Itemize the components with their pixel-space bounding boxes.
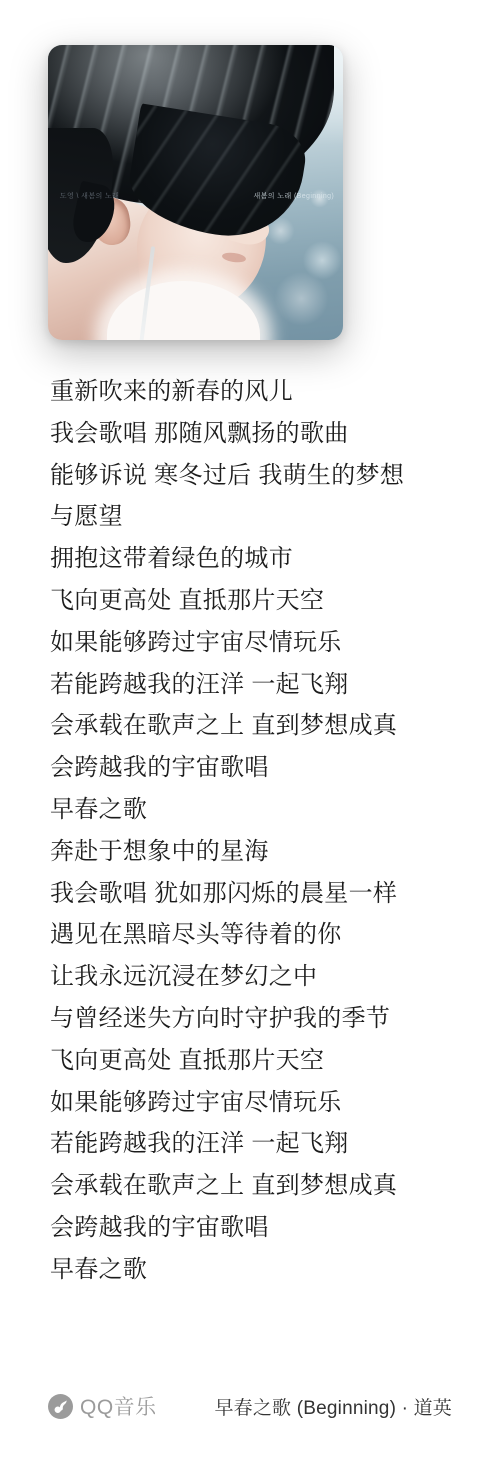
qq-music-brand: QQ音乐: [48, 1391, 157, 1421]
lyric-line: 如果能够跨过宇宙尽情玩乐: [50, 1082, 470, 1124]
lyric-line: 早春之歌: [50, 1249, 470, 1291]
lyric-line: 让我永远沉浸在梦幻之中: [50, 956, 470, 998]
lyric-line: 若能跨越我的汪洋 一起飞翔: [50, 664, 470, 706]
lyric-line: 遇见在黑暗尽头等待着的你: [50, 914, 470, 956]
lyric-line: 与曾经迷失方向时守护我的季节: [50, 998, 470, 1040]
album-overlay-text-left: 도영 \ 새봄의 노래: [60, 193, 120, 201]
lyric-line: 奔赴于想象中的星海: [50, 831, 470, 873]
lyric-line: 如果能够跨过宇宙尽情玩乐: [50, 622, 470, 664]
qq-music-note-icon: [48, 1394, 73, 1419]
lyrics-list: 重新吹来的新春的风儿我会歌唱 那随风飘扬的歌曲能够诉说 寒冬过后 我萌生的梦想与…: [50, 371, 470, 1291]
lyric-line: 若能跨越我的汪洋 一起飞翔: [50, 1123, 470, 1165]
lyric-line: 拥抱这带着绿色的城市: [50, 538, 470, 580]
lyric-line: 会跨越我的宇宙歌唱: [50, 747, 470, 789]
lyric-line: 重新吹来的新春的风儿: [50, 371, 470, 413]
footer: QQ音乐 早春之歌 (Beginning) · 道英: [48, 1391, 452, 1421]
album-cover: 도영 \ 새봄의 노래 새봄의 노래 (Beginning): [48, 45, 343, 340]
lyric-line: 我会歌唱 犹如那闪烁的晨星一样: [50, 873, 470, 915]
brand-name-label: QQ音乐: [80, 1391, 157, 1421]
lyric-line: 能够诉说 寒冬过后 我萌生的梦想: [50, 455, 470, 497]
lyric-line: 会跨越我的宇宙歌唱: [50, 1207, 470, 1249]
lyric-line: 早春之歌: [50, 789, 470, 831]
lyric-line: 会承载在歌声之上 直到梦想成真: [50, 705, 470, 747]
track-info-label: 早春之歌 (Beginning) · 道英: [214, 1393, 452, 1420]
lyric-line: 我会歌唱 那随风飘扬的歌曲: [50, 413, 470, 455]
lyric-line: 飞向更高处 直抵那片天空: [50, 580, 470, 622]
album-overlay-text-right: 새봄의 노래 (Beginning): [253, 193, 334, 201]
lyric-line: 飞向更高处 直抵那片天空: [50, 1040, 470, 1082]
lyric-line: 与愿望: [50, 496, 470, 538]
lyric-line: 会承载在歌声之上 直到梦想成真: [50, 1165, 470, 1207]
